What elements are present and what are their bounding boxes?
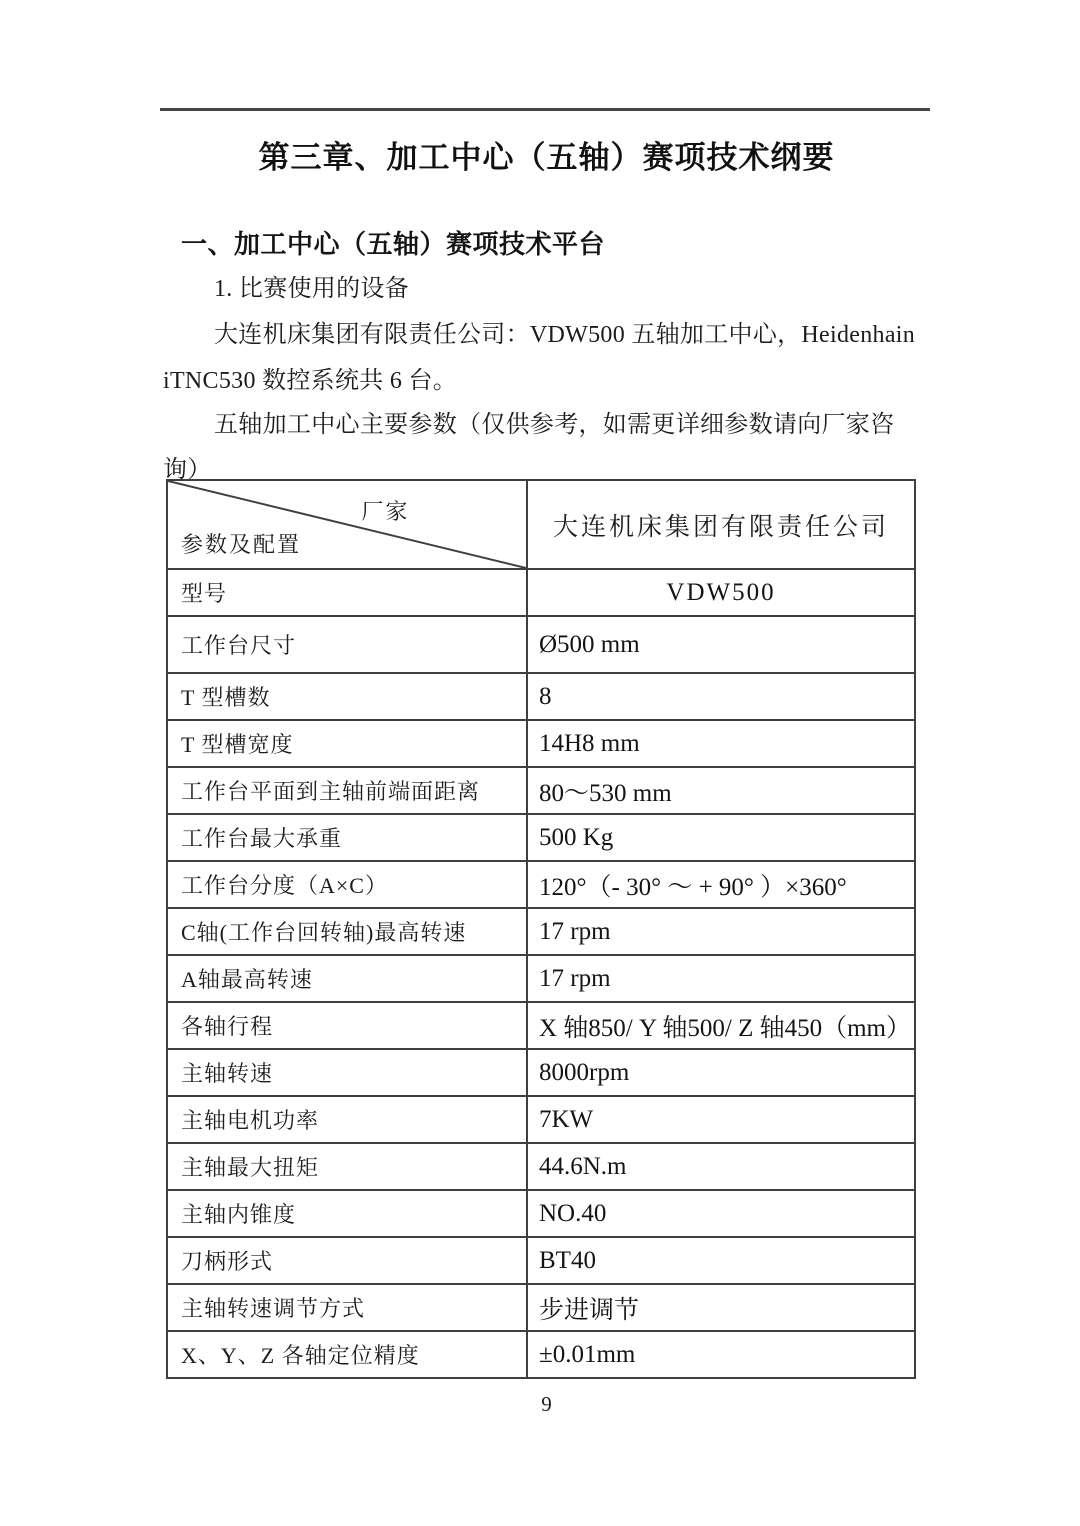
row-value-cell: Ø500 mm (527, 616, 915, 673)
table-row: 主轴转速 8000rpm (167, 1049, 915, 1096)
row-value-cell: 17 rpm (527, 908, 915, 955)
row-value-cell: 步进调节 (527, 1284, 915, 1331)
table-row: 工作台平面到主轴前端面距离 80～530 mm (167, 767, 915, 814)
vendor-name-cell: 大连机床集团有限责任公司 (527, 480, 915, 569)
paragraph-equipment-line1: 大连机床集团有限责任公司：VDW500 五轴加工中心，Heidenhain (214, 314, 915, 349)
spec-table: 厂家 参数及配置 大连机床集团有限责任公司 型号 VDW500 工作台尺寸 Ø5… (166, 479, 916, 1379)
row-value-cell: 8000rpm (527, 1049, 915, 1096)
row-value-cell: VDW500 (527, 569, 915, 616)
diagonal-header-cell: 厂家 参数及配置 (167, 480, 527, 569)
row-label-cell: 各轴行程 (167, 1002, 527, 1049)
document-page: 第三章、加工中心（五轴）赛项技术纲要 一、加工中心（五轴）赛项技术平台 1. 比… (0, 0, 1080, 1526)
row-label-cell: 型号 (167, 569, 527, 616)
row-label-cell: 主轴内锥度 (167, 1190, 527, 1237)
table-row: 主轴转速调节方式 步进调节 (167, 1284, 915, 1331)
row-label-cell: 工作台最大承重 (167, 814, 527, 861)
row-label-cell: 工作台分度（A×C） (167, 861, 527, 908)
row-value-cell: X 轴850/ Y 轴500/ Z 轴450（mm） (527, 1002, 915, 1049)
table-row: 工作台尺寸 Ø500 mm (167, 616, 915, 673)
spec-table-header-row: 厂家 参数及配置 大连机床集团有限责任公司 (167, 480, 915, 569)
row-value-cell: 17 rpm (527, 955, 915, 1002)
row-label-cell: 主轴最大扭矩 (167, 1143, 527, 1190)
header-label-parameter-axis: 参数及配置 (181, 528, 301, 559)
row-label-cell: 工作台平面到主轴前端面距离 (167, 767, 527, 814)
list-item-equipment: 1. 比赛使用的设备 (214, 268, 409, 303)
row-value-cell: 44.6N.m (527, 1143, 915, 1190)
row-label-cell: A轴最高转速 (167, 955, 527, 1002)
page-title: 第三章、加工中心（五轴）赛项技术纲要 (163, 132, 930, 177)
row-label-cell: 刀柄形式 (167, 1237, 527, 1284)
row-label-cell: T 型槽数 (167, 673, 527, 720)
row-value-cell: 14H8 mm (527, 720, 915, 767)
row-value-cell: NO.40 (527, 1190, 915, 1237)
table-row: 主轴电机功率 7KW (167, 1096, 915, 1143)
row-label-cell: C轴(工作台回转轴)最高转速 (167, 908, 527, 955)
row-value-cell: 7KW (527, 1096, 915, 1143)
row-label-cell: 工作台尺寸 (167, 616, 527, 673)
table-row: 工作台最大承重 500 Kg (167, 814, 915, 861)
row-value-cell: ±0.01mm (527, 1331, 915, 1378)
table-row: A轴最高转速 17 rpm (167, 955, 915, 1002)
row-value-cell: 120°（- 30° ～ + 90° ）×360° (527, 861, 915, 908)
table-row: T 型槽宽度 14H8 mm (167, 720, 915, 767)
page-number: 9 (163, 1392, 930, 1417)
row-label-cell: X、Y、Z 各轴定位精度 (167, 1331, 527, 1378)
table-row: 型号 VDW500 (167, 569, 915, 616)
table-row: 各轴行程 X 轴850/ Y 轴500/ Z 轴450（mm） (167, 1002, 915, 1049)
row-label-cell: 主轴转速调节方式 (167, 1284, 527, 1331)
row-label-cell: T 型槽宽度 (167, 720, 527, 767)
header-label-vendor-axis: 厂家 (361, 495, 409, 526)
row-label-cell: 主轴电机功率 (167, 1096, 527, 1143)
header-rule (160, 108, 930, 111)
table-row: 刀柄形式 BT40 (167, 1237, 915, 1284)
table-row: 工作台分度（A×C） 120°（- 30° ～ + 90° ）×360° (167, 861, 915, 908)
row-value-cell: 80～530 mm (527, 767, 915, 814)
row-label-cell: 主轴转速 (167, 1049, 527, 1096)
section-heading: 一、加工中心（五轴）赛项技术平台 (181, 224, 605, 261)
paragraph-equipment-line2: iTNC530 数控系统共 6 台。 (163, 360, 457, 395)
spec-table-body: 型号 VDW500 工作台尺寸 Ø500 mm T 型槽数 8 T 型槽宽度 1… (167, 569, 915, 1378)
table-row: T 型槽数 8 (167, 673, 915, 720)
table-row: C轴(工作台回转轴)最高转速 17 rpm (167, 908, 915, 955)
table-row: X、Y、Z 各轴定位精度 ±0.01mm (167, 1331, 915, 1378)
row-value-cell: 500 Kg (527, 814, 915, 861)
table-row: 主轴内锥度 NO.40 (167, 1190, 915, 1237)
row-value-cell: 8 (527, 673, 915, 720)
paragraph-params-line1: 五轴加工中心主要参数（仅供参考，如需更详细参数请向厂家咨 (214, 404, 894, 439)
row-value-cell: BT40 (527, 1237, 915, 1284)
table-row: 主轴最大扭矩 44.6N.m (167, 1143, 915, 1190)
